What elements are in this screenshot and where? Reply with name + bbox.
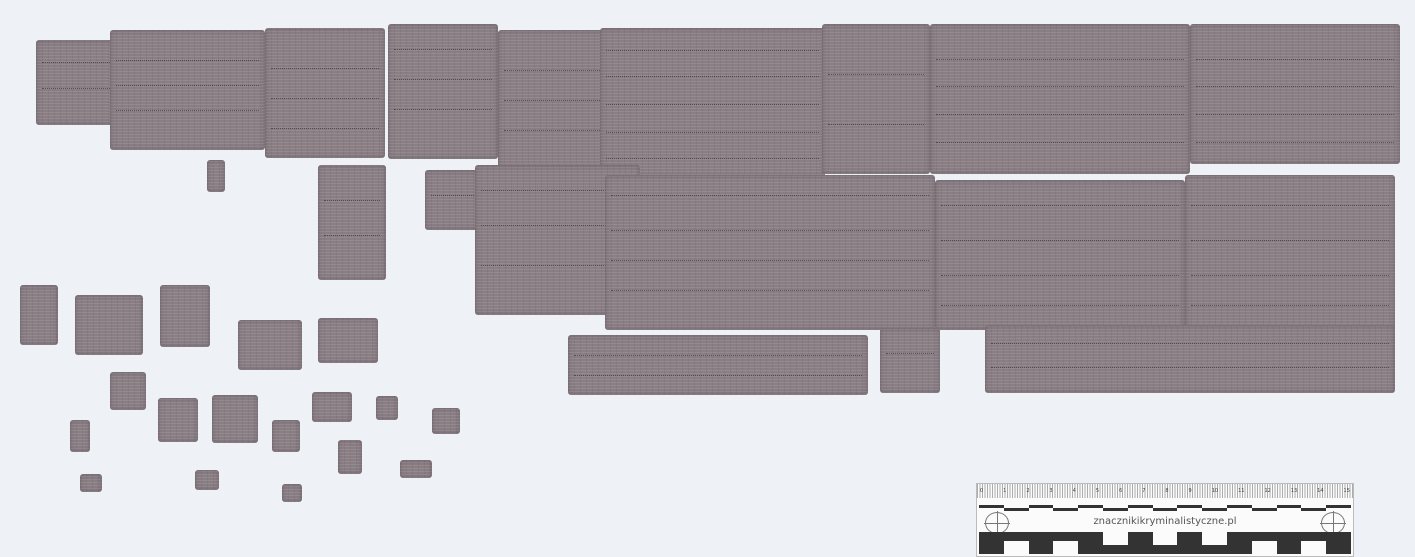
- papyrus-fragment: [376, 396, 398, 420]
- crosshair-icon: [1321, 512, 1345, 534]
- papyrus-fragment: [822, 24, 930, 174]
- papyrus-fragment: [600, 28, 825, 178]
- papyrus-fragment: [1185, 175, 1395, 330]
- papyrus-fragment: [70, 420, 90, 452]
- papyrus-fragment: [935, 180, 1185, 330]
- papyrus-fragment: [568, 335, 868, 395]
- papyrus-fragment: [195, 470, 219, 490]
- papyrus-fragment: [238, 320, 302, 370]
- papyrus-fragment: [207, 160, 225, 192]
- scale-bar-label: znacznikikryminalistyczne.pl: [977, 511, 1353, 533]
- papyrus-fragment: [110, 30, 265, 150]
- papyrus-fragment: [265, 28, 385, 158]
- papyrus-fragment: [930, 24, 1190, 174]
- papyrus-fragment: [75, 295, 143, 355]
- papyrus-fragment: [1190, 24, 1400, 164]
- papyrus-fragment: [20, 285, 58, 345]
- papyrus-fragment: [880, 328, 940, 393]
- papyrus-fragment: [318, 318, 378, 363]
- papyrus-fragment: [110, 372, 146, 410]
- ruler-numbers: 0123456789101112131415: [977, 488, 1353, 494]
- papyrus-fragment: [388, 24, 498, 159]
- papyrus-fragment: [212, 395, 258, 443]
- papyrus-fragment: [282, 484, 302, 502]
- papyrus-fragment: [160, 285, 210, 347]
- papyrus-fragment: [272, 420, 300, 452]
- papyrus-fragment: [312, 392, 352, 422]
- papyrus-fragment: [432, 408, 460, 434]
- forensic-scale-bar: 0123456789101112131415 znacznikikryminal…: [976, 483, 1354, 557]
- papyrus-fragment: [80, 474, 102, 492]
- papyrus-fragment: [985, 325, 1395, 393]
- papyrus-fragment: [498, 30, 608, 170]
- papyrus-fragment: [318, 165, 386, 280]
- papyrus-fragment: [605, 175, 935, 330]
- papyrus-fragment: [158, 398, 198, 442]
- papyrus-fragment: [400, 460, 432, 478]
- papyrus-fragment: [338, 440, 362, 474]
- large-checker-band: [979, 532, 1351, 554]
